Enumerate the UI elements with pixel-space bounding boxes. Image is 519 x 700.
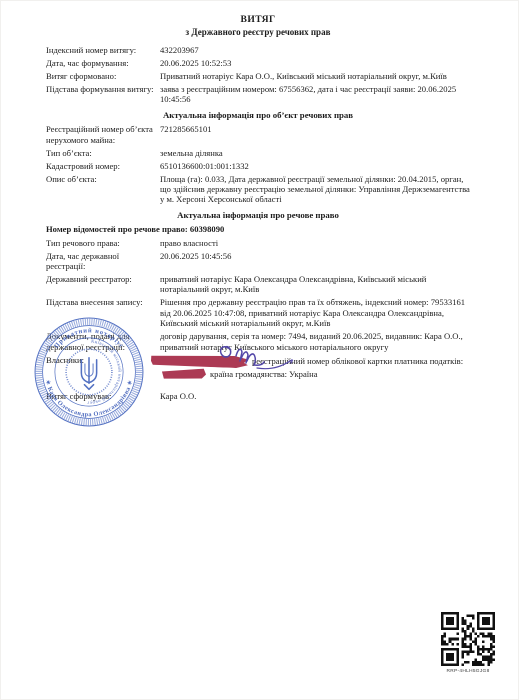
- handwritten-signature: [212, 336, 308, 376]
- field-label: Дата, час формування:: [46, 58, 160, 68]
- qr-caption: RRP-4HLH5GJG8: [430, 669, 506, 675]
- field-right-type: Тип речового права: право власності: [46, 238, 470, 248]
- document-title: ВИТЯГ: [46, 14, 470, 26]
- field-label: Індексний номер витягу:: [46, 45, 160, 55]
- field-value: договір дарування, серія та номер: 7494,…: [160, 331, 470, 352]
- field-object-type: Тип об’єкта: земельна ділянка: [46, 148, 470, 158]
- document-page: ВИТЯГ з Державного реєстру речових прав …: [0, 0, 519, 700]
- field-state-registration-datetime: Дата, час державної реєстрації: 20.06.20…: [46, 251, 470, 272]
- trident-emblem: [81, 358, 96, 390]
- record-number-line: Номер відомостей про речове право: 60398…: [46, 224, 470, 234]
- qr-code: [441, 612, 495, 666]
- owners-value: реєстраційний номер облікової картки пла…: [160, 355, 470, 381]
- field-value: земельна ділянка: [160, 148, 470, 158]
- notary-stamp: Приватний нотаріус ✶ Кара Олександра Оле…: [32, 315, 146, 429]
- field-state-registrar: Державний реєстратор: приватний нотаріус…: [46, 274, 470, 295]
- field-label: Тип речового права:: [46, 238, 160, 248]
- field-value: 432203967: [160, 45, 470, 55]
- field-formation-datetime: Дата, час формування: 20.06.2025 10:52:5…: [46, 58, 470, 68]
- field-value: 20.06.2025 10:45:56: [160, 251, 470, 272]
- field-value: Приватний нотаріус Кара О.О., Київський …: [160, 71, 470, 81]
- field-label: Витяг сформовано:: [46, 71, 160, 81]
- field-value: 6510136600:01:001:1332: [160, 161, 470, 171]
- field-formation-basis: Підстава формування витягу: заява з реєс…: [46, 84, 470, 105]
- field-label: Підстава формування витягу:: [46, 84, 160, 105]
- field-value: Рішення про державну реєстрацію прав та …: [160, 297, 470, 328]
- field-label: Кадастровий номер:: [46, 161, 160, 171]
- field-label: Реєстраційний номер об’єкта нерухомого м…: [46, 124, 160, 145]
- field-label: Дата, час державної реєстрації:: [46, 251, 160, 272]
- redaction-tax-number: [162, 369, 206, 380]
- field-index-number: Індексний номер витягу: 432203967: [46, 45, 470, 55]
- field-cadastral-number: Кадастровий номер: 6510136600:01:001:133…: [46, 161, 470, 171]
- field-formed-by: Витяг сформовано: Приватний нотаріус Кар…: [46, 71, 470, 81]
- field-object-description: Опис об’єкта: Площа (га): 0.033, Дата де…: [46, 174, 470, 205]
- section-heading-object: Актуальна інформація про об’єкт речових …: [46, 110, 470, 120]
- field-registration-number: Реєстраційний номер об’єкта нерухомого м…: [46, 124, 470, 145]
- field-value: приватний нотаріус Кара Олександра Олекс…: [160, 274, 470, 295]
- field-value: 20.06.2025 10:52:53: [160, 58, 470, 68]
- document-subtitle: з Державного реєстру речових прав: [46, 26, 470, 38]
- notary-name: Кара О.О.: [160, 391, 470, 401]
- field-label: Опис об’єкта:: [46, 174, 160, 205]
- field-value: Площа (га): 0.033, Дата державної реєстр…: [160, 174, 470, 205]
- field-value: право власності: [160, 238, 470, 248]
- section-heading-right: Актуальна інформація про речове право: [46, 210, 470, 220]
- field-value: 721285665101: [160, 124, 470, 145]
- field-label: Державний реєстратор:: [46, 274, 160, 295]
- field-value: заява з реєстраційним номером: 67556362,…: [160, 84, 470, 105]
- field-label: Тип об’єкта:: [46, 148, 160, 158]
